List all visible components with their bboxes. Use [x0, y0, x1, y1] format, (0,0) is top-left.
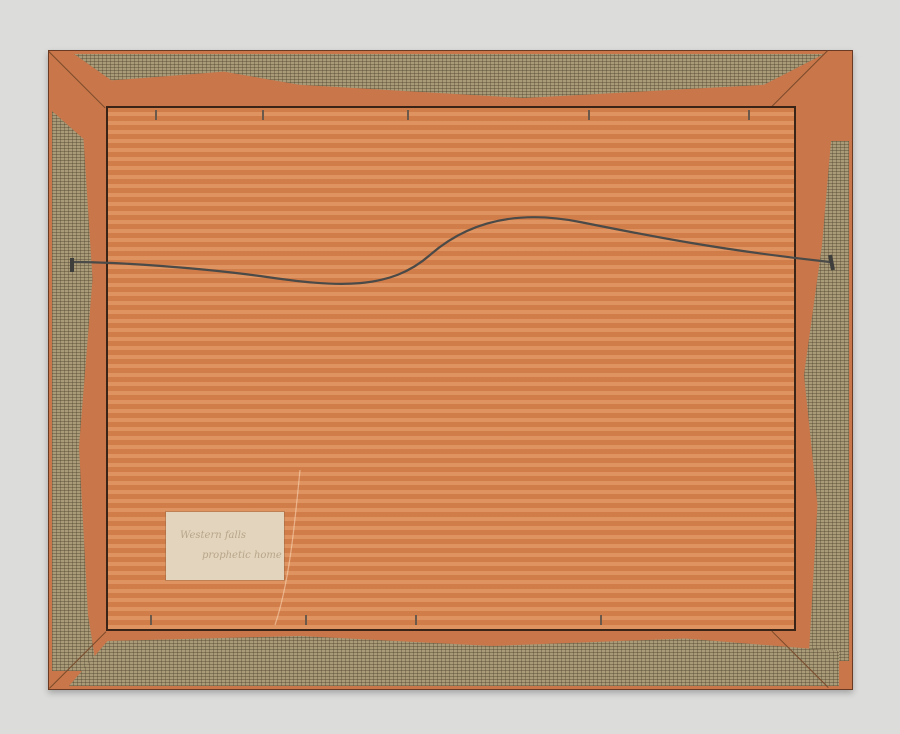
label-line-1: Western falls — [180, 530, 246, 541]
handwritten-label: Western falls prophetic home — [166, 512, 284, 580]
hanging-wire — [0, 0, 900, 734]
label-line-2: prophetic home — [202, 550, 282, 561]
